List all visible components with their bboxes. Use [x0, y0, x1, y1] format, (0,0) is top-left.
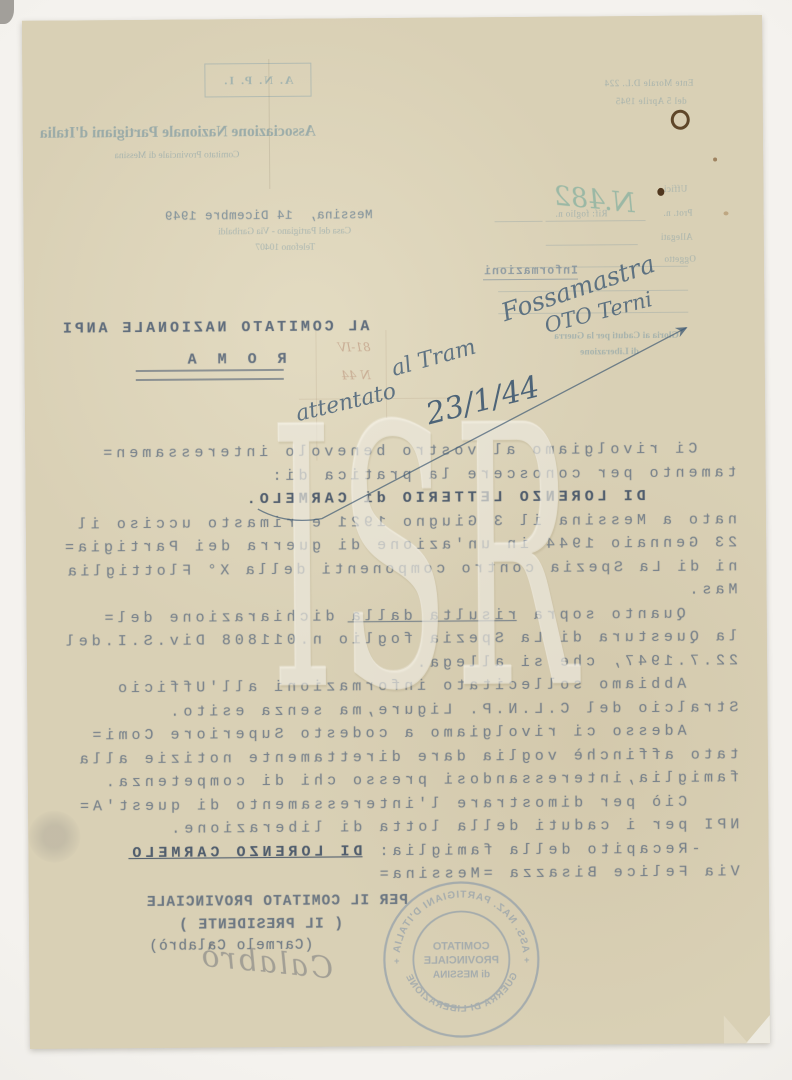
stamp-center-line1: COMITATO — [432, 940, 489, 952]
ink-speck — [713, 157, 717, 161]
rif-rule-line — [495, 221, 543, 222]
ink-blot-ring — [671, 110, 690, 130]
body-line-part: -Recapito della famiglia: — [362, 840, 739, 860]
ink-blot-dot — [657, 188, 664, 196]
letterhead-phone: Telefono 10407 — [233, 242, 338, 253]
closing-committee-line: PER IL COMITATO PROVINCIALE — [146, 893, 408, 911]
corner-fold-flap — [724, 1015, 748, 1043]
recipient-line1: AL COMITATO NAZIONALE ANPI — [49, 315, 369, 341]
scanner-edge-shadow — [0, 0, 14, 24]
stamp-cross-right: + — [394, 956, 399, 966]
family-contact-name: DI LORENZO CARMELO — [128, 843, 362, 862]
scanned-document-page: A. N. P. I. Associazione Nazionale Parti… — [0, 0, 792, 1080]
corner-fold-bg — [746, 1015, 770, 1043]
label-prot-n: Prot. n. — [663, 208, 693, 218]
anpi-box-label: A. N. P. I. — [222, 72, 293, 88]
label-uffici: Uffici — [664, 184, 688, 194]
anpi-round-stamp: ASS. NAZ. PARTIGIANI D'ITALIA GUERRA DI … — [376, 874, 547, 1045]
closing-president-line: ( IL PRESIDENTE ) — [178, 916, 343, 933]
allegati-rule-line — [546, 244, 638, 246]
prot-rule-line — [546, 220, 646, 222]
ink-speck-2 — [723, 211, 728, 215]
body-line: Mas. — [685, 578, 737, 602]
label-oggetto: Oggetto — [664, 254, 696, 264]
label-allegati: Allegati — [660, 232, 692, 242]
stamp-cross-left: + — [524, 955, 529, 965]
letterhead-address: Casa del Partigiano - Via Garibaldi — [205, 226, 365, 237]
ente-morale-line1: Ente Morale D.L. 224 — [604, 78, 693, 89]
stamp-center-line3: di MESSINA — [433, 969, 490, 980]
ente-morale-line2: del 5 Aprile 1945 — [615, 96, 686, 107]
letterhead-committee: Comitato Provinciale di Messina — [102, 150, 252, 161]
document-paper: A. N. P. I. Associazione Nazionale Parti… — [22, 15, 770, 1049]
stamp-center-line2: PROVINCIALE — [424, 954, 499, 967]
recipient-underline — [136, 369, 284, 381]
gray-stain — [28, 810, 80, 862]
letterhead-org-name: Associazione Nazionale Partigiani d'Ital… — [33, 123, 323, 143]
president-signature: Calabrò — [198, 939, 335, 987]
anpi-logo-box: A. N. P. I. — [204, 63, 311, 98]
